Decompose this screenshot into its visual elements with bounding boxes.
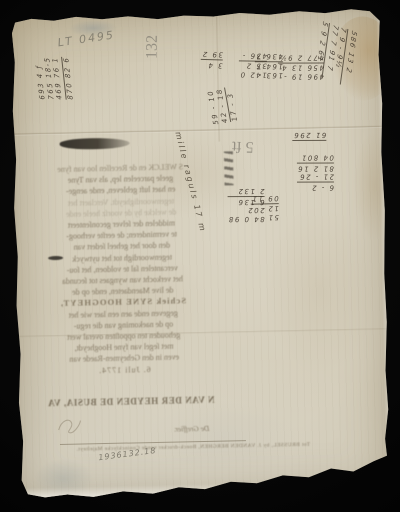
- calculation-line: 2 132: [227, 187, 264, 198]
- handwritten-calculation-corner: 586 13 27 9 - 9½77 7 91 75 9 2 61: [314, 20, 358, 87]
- handwritten-calculation-left: 693 4 ƒ765 18-5469 76 1870 82 6: [34, 56, 75, 99]
- calculation-line: 81 2 16: [297, 164, 334, 173]
- calculation-line: 202: [227, 206, 264, 215]
- paper-sheet: LT 0495 693 4 ƒ765 18-5469 76 1870 82 6 …: [9, 6, 391, 500]
- handwritten-calculation-pair: 3 439 2: [201, 50, 223, 70]
- calculation-line: 21 - 26: [297, 173, 334, 184]
- calculation-line: 61 296: [293, 130, 327, 141]
- paraph-flourish: [55, 413, 83, 436]
- show-through-greffier: De Greffier.: [150, 423, 234, 434]
- show-through-paragraph: S WELCK en de Receſſen loo van fynegeele…: [30, 161, 214, 378]
- edge-ink-smudge: [224, 151, 234, 185]
- pencil-note: 5 ft: [232, 137, 254, 156]
- handwritten-calculation-side: 59 - 1042 - 1817 - 3: [206, 86, 239, 126]
- photographed-document: LT 0495 693 4 ƒ765 18-5469 76 1870 82 6 …: [0, 0, 400, 512]
- calculation-line: 3 4: [201, 60, 223, 69]
- calculation-line: 04 801: [297, 154, 334, 165]
- pencil-number: 132: [144, 35, 162, 59]
- handwritten-calculation-mid: 6 - 221 - 2681 2 1604 801: [297, 154, 334, 192]
- calculation-line: 39 2: [201, 50, 223, 61]
- calculation-line: 6 - 2: [297, 183, 334, 192]
- handwritten-total: 61 296: [293, 130, 327, 141]
- calculation-line: 84 0 98: [227, 214, 264, 223]
- handwritten-calculation-leftmid: 84 0 982026 1362 132: [227, 187, 264, 223]
- calculation-line: 6 136: [227, 197, 264, 206]
